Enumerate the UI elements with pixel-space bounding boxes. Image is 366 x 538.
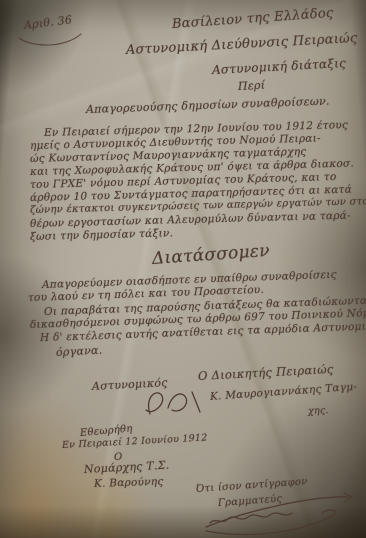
- approval-title: Νομάρχης Τ.Σ.: [84, 459, 170, 476]
- body-line: όργανα.: [56, 344, 103, 359]
- body-line: ξωσι την δημοσίαν τάξιν.: [30, 227, 173, 243]
- document-number: Αριθ. 36: [23, 13, 73, 32]
- signature-title: Ο Διοικητής Πειραιώς: [198, 362, 334, 383]
- seal-flourish-icon: [142, 386, 204, 420]
- manuscript-photo: Αριθ. 36 Βασίλειον της Ελλάδος Αστυνομικ…: [0, 0, 366, 538]
- signature-name-suffix: χης.: [308, 405, 329, 417]
- header-ordinance-line: Αστυνομική διάταξις: [212, 56, 347, 77]
- header-kingdom-line: Βασίλειον της Ελλάδος: [171, 6, 333, 32]
- subject-line: Απαγορευούσης δημοσίων συναθροίσεων.: [86, 94, 330, 115]
- number-underline-flourish: [16, 32, 84, 50]
- signature-name: Κ. Μαυρογιαννάκης Ταγμ-: [210, 381, 358, 403]
- secretary-signature-icon: [200, 489, 362, 536]
- order-heading: Διατάσσομεν: [151, 241, 270, 269]
- header-directorate-line: Αστυνομική Διεύθυνσις Πειραιώς: [126, 31, 358, 58]
- header-peri-line: Περί: [238, 79, 266, 93]
- approval-name: Κ. Βαρούνης: [94, 476, 164, 490]
